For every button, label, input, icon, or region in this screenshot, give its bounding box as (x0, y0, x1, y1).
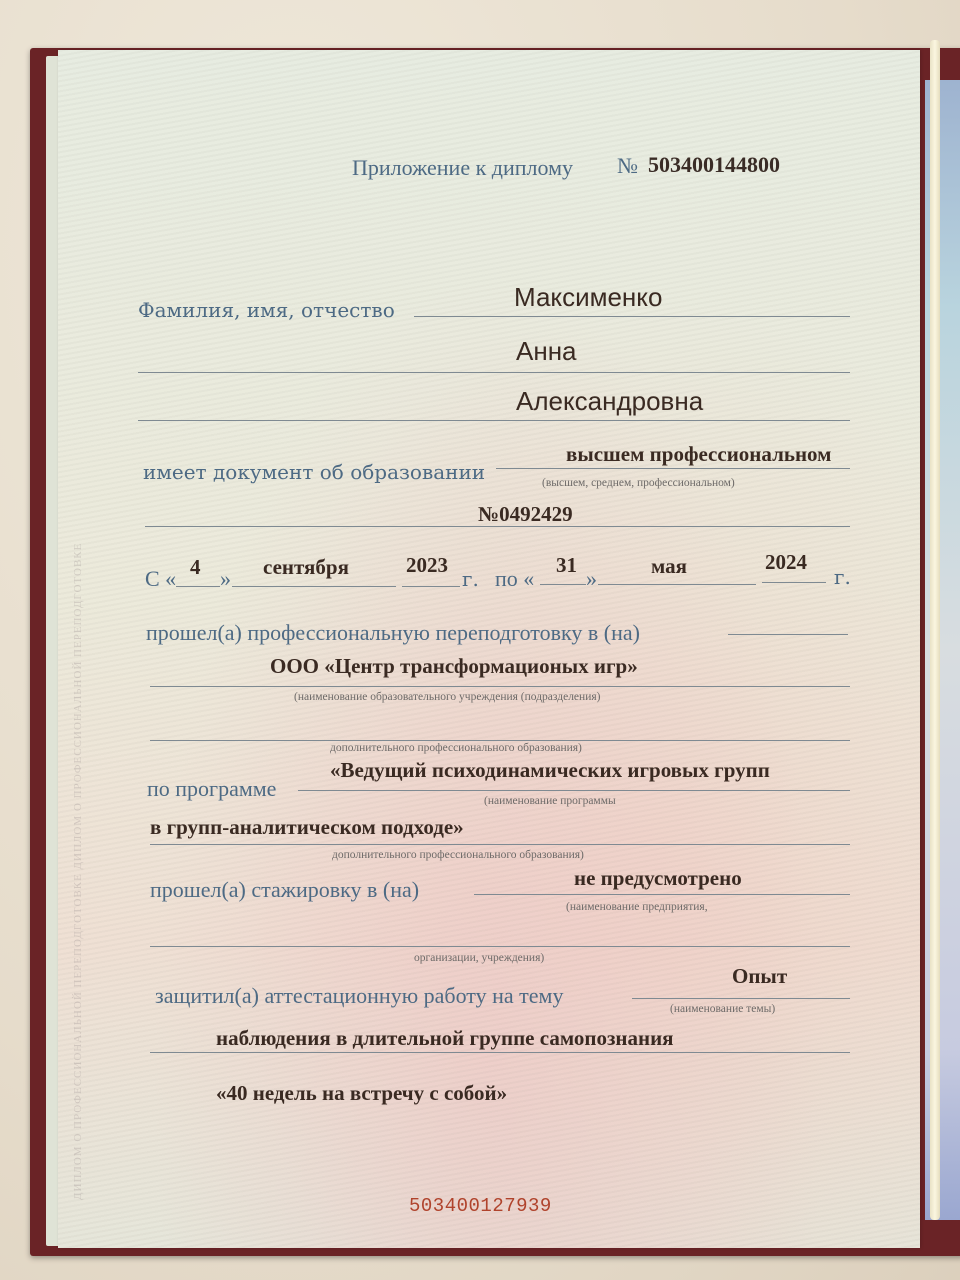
institution-line (150, 686, 850, 687)
period-from-year: 2023 (406, 553, 448, 578)
program-hint-2: дополнительного профессионального образо… (332, 849, 584, 861)
to-day-line (540, 584, 586, 585)
patronymic: Александровна (516, 386, 703, 417)
thesis-hint: (наименование темы) (670, 1003, 775, 1015)
quote-close-2: » (586, 566, 597, 592)
year-suffix-from: г. (462, 567, 479, 591)
blank-serial-number: 503400127939 (409, 1195, 552, 1217)
internship-line-2 (150, 946, 850, 947)
institution-name: ООО «Центр трансформационых игр» (270, 654, 638, 679)
from-day-line (176, 586, 220, 587)
program-line (298, 790, 850, 791)
program-line-2: в групп-аналитическом подходе» (150, 815, 464, 840)
from-year-line (402, 586, 460, 587)
internship-label: прошел(а) стажировку в (на) (150, 877, 419, 903)
period-from-prefix: С « (145, 566, 176, 592)
institution-line-2 (150, 740, 850, 741)
fio-line-3 (138, 420, 850, 421)
quote-close: » (220, 566, 231, 592)
period-to-year: 2024 (765, 550, 807, 575)
fio-line-2 (138, 372, 850, 373)
to-year-line (762, 582, 826, 583)
number-sign: № (617, 153, 638, 179)
institution-hint: (наименование образовательного учреждени… (294, 691, 600, 703)
side-watermark: ДИПЛОМ О ПРОФЕССИОНАЛЬНОЙ ПЕРЕПОДГОТОВКЕ… (72, 300, 112, 1200)
internship-hint: (наименование предприятия, (566, 901, 708, 913)
institution-hint-2: дополнительного профессионального образо… (330, 742, 582, 754)
period-to-month: мая (651, 554, 687, 579)
retraining-line (728, 634, 848, 635)
internship-line (474, 894, 850, 895)
thesis-line-3: «40 недель на встречу с собой» (216, 1081, 507, 1106)
edu-doc-line (145, 526, 850, 527)
thesis-line-1: Опыт (732, 964, 787, 989)
program-line-2-rule (150, 844, 850, 845)
program-line-1: «Ведущий психодинамических игровых групп (330, 758, 770, 783)
program-label: по программе (147, 776, 276, 802)
from-month-line (232, 586, 396, 587)
thesis-line (632, 998, 850, 999)
surname: Максименко (514, 282, 662, 313)
diploma-supplement-page (58, 50, 920, 1248)
period-to-prefix: по « (495, 566, 534, 592)
bookmark-ribbon (930, 40, 940, 1220)
period-to-day: 31 (556, 553, 577, 578)
internship-value: не предусмотрено (574, 866, 742, 891)
edu-level-line (496, 468, 850, 469)
thesis-line-2-rule (150, 1052, 850, 1053)
fio-line-1 (414, 316, 850, 317)
fio-label: Фамилия, имя, отчество (138, 298, 395, 322)
retraining-label: прошел(а) профессиональную переподготовк… (146, 620, 640, 646)
edu-doc-number: №0492429 (478, 502, 573, 527)
edu-doc-label: имеет документ об образовании (143, 460, 485, 484)
period-from-month: сентября (263, 555, 349, 580)
edu-level-hint: (высшем, среднем, профессиональном) (542, 477, 735, 489)
internship-hint-2: организации, учреждения) (414, 952, 544, 964)
period-from-day: 4 (190, 555, 201, 580)
thesis-label: защитил(а) аттестационную работу на тему (155, 983, 563, 1009)
program-hint: (наименование программы (484, 795, 616, 807)
supplement-number: 503400144800 (648, 152, 780, 178)
thesis-line-2: наблюдения в длительной группе самопозна… (216, 1026, 674, 1051)
edu-level: высшем профессиональном (566, 442, 831, 467)
year-suffix-to: г. (834, 565, 851, 589)
first-name: Анна (516, 336, 577, 367)
supplement-label: Приложение к диплому (352, 155, 573, 181)
to-month-line (598, 584, 756, 585)
